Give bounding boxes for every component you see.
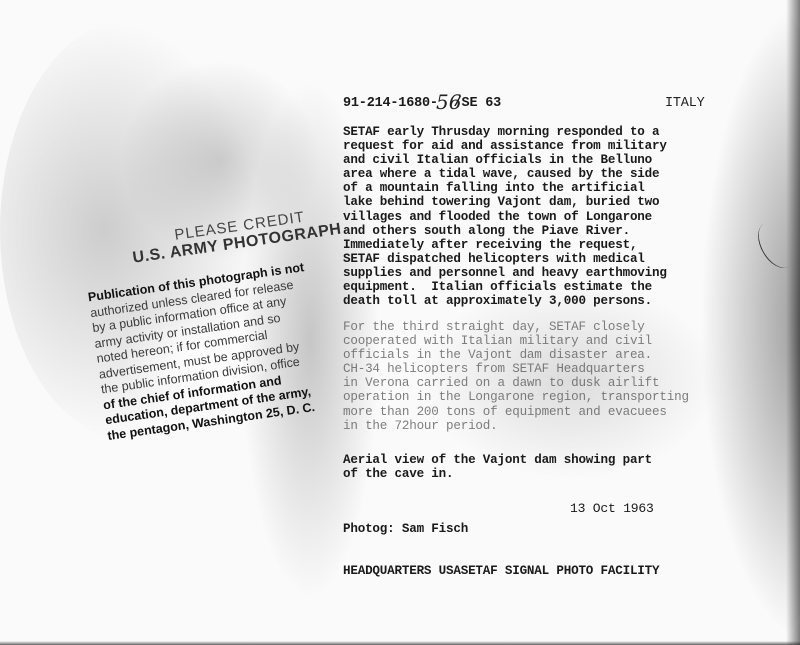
- text-line: in the 72hour period.: [343, 419, 689, 433]
- scanned-document: 91-214-1680-56/SE 63 56 ITALY SETAF earl…: [0, 0, 800, 645]
- text-line: SETAF dispatched helicopters with medica…: [343, 252, 667, 266]
- text-line: lake behind towering Vajont dam, buried …: [343, 195, 667, 209]
- news-paragraph: SETAF early Thrusday morning responded t…: [343, 125, 667, 308]
- text-line: more than 200 tons of equipment and evac…: [343, 405, 689, 419]
- page-edge: [0, 641, 800, 645]
- photographer: Photog: Sam Fisch: [343, 522, 659, 536]
- text-line: and civil Italian officials in the Bellu…: [343, 153, 667, 167]
- page-edge: [786, 0, 800, 645]
- reference-number: 91-214-1680-56/SE 63: [343, 96, 501, 111]
- text-line: Aerial view of the Vajont dam showing pa…: [343, 453, 652, 467]
- text-line: equipment. Italian officials estimate th…: [343, 280, 667, 294]
- stain: [700, 0, 800, 645]
- handwritten-number: 56: [436, 90, 461, 114]
- text-line: request for aid and assistance from mili…: [343, 139, 667, 153]
- text-line: of a mountain falling into the artificia…: [343, 181, 667, 195]
- country-label: ITALY: [665, 96, 705, 111]
- text-line: of the cave in.: [343, 467, 652, 481]
- photo-caption: Aerial view of the Vajont dam showing pa…: [343, 453, 652, 481]
- text-line: Immediately after receiving the request,: [343, 238, 667, 252]
- text-line: SETAF early Thrusday morning responded t…: [343, 125, 667, 139]
- credit-stamp: PLEASE CREDIT U.S. ARMY PHOTOGRAPH Publi…: [80, 198, 406, 444]
- photo-date: 13 Oct 1963: [570, 501, 654, 516]
- reference-prefix: 91-214-1680-: [343, 96, 438, 111]
- facility: HEADQUARTERS USASETAF SIGNAL PHOTO FACIL…: [343, 564, 659, 578]
- text-line: supplies and personnel and heavy earthmo…: [343, 266, 667, 280]
- text-line: and others south along the Piave River.: [343, 224, 667, 238]
- text-line: villages and flooded the town of Longaro…: [343, 210, 667, 224]
- text-line: area where a tidal wave, caused by the s…: [343, 167, 667, 181]
